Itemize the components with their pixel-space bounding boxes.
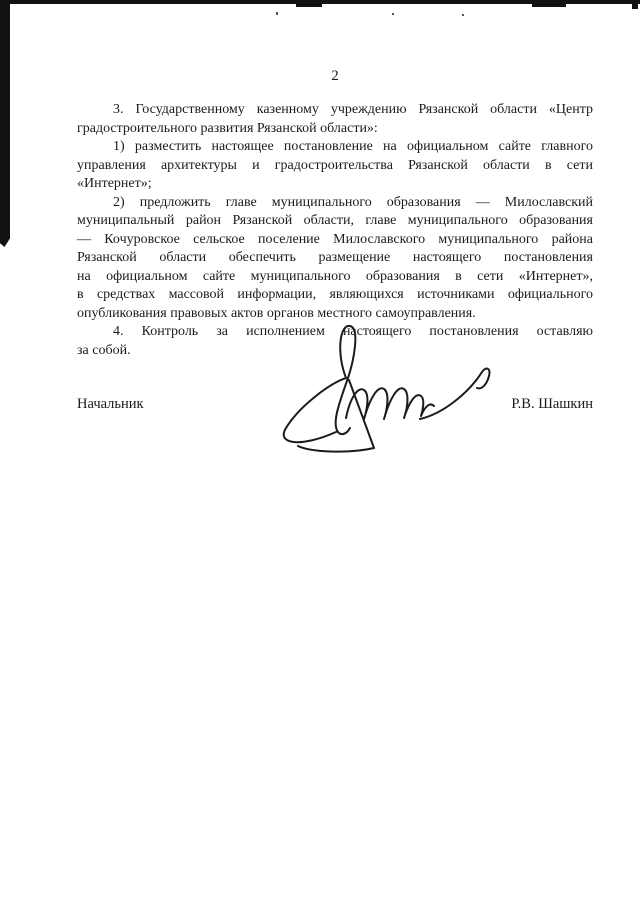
signature-handwriting <box>270 322 500 464</box>
text-line: муниципальный район Рязанской области, г… <box>77 212 593 231</box>
signer-name: Р.В. Шашкин <box>511 396 593 413</box>
text-line: 2) предложить главе муниципального образ… <box>77 194 593 213</box>
signer-title: Начальник <box>77 396 144 413</box>
scan-edge-tick <box>632 0 638 9</box>
scan-speck <box>392 13 394 15</box>
text-line: Рязанской области обеспечить размещение … <box>77 249 593 268</box>
page-number: 2 <box>77 68 593 85</box>
text-line: 1) разместить настоящее постановление на… <box>77 138 593 157</box>
text-line: опубликования правовых актов органов мес… <box>77 305 593 324</box>
text-line: «Интернет»; <box>77 175 593 194</box>
document-page: 2 3. Государственному казенному учрежден… <box>0 0 640 905</box>
text-line: — Кочуровское сельское поселение Милосла… <box>77 231 593 250</box>
text-line: в средствах массовой информации, являющи… <box>77 286 593 305</box>
text-line: градостроительного развития Рязанской об… <box>77 120 593 139</box>
scan-speck <box>462 14 464 16</box>
scan-speck <box>276 12 278 15</box>
scan-edge-left <box>0 0 10 247</box>
scan-edge-blob <box>532 0 566 7</box>
text-line: управления архитектуры и градостроительс… <box>77 157 593 176</box>
scan-edge-blob <box>296 0 322 7</box>
text-line: 3. Государственному казенному учреждению… <box>77 101 593 120</box>
text-line: на официальном сайте муниципального обра… <box>77 268 593 287</box>
